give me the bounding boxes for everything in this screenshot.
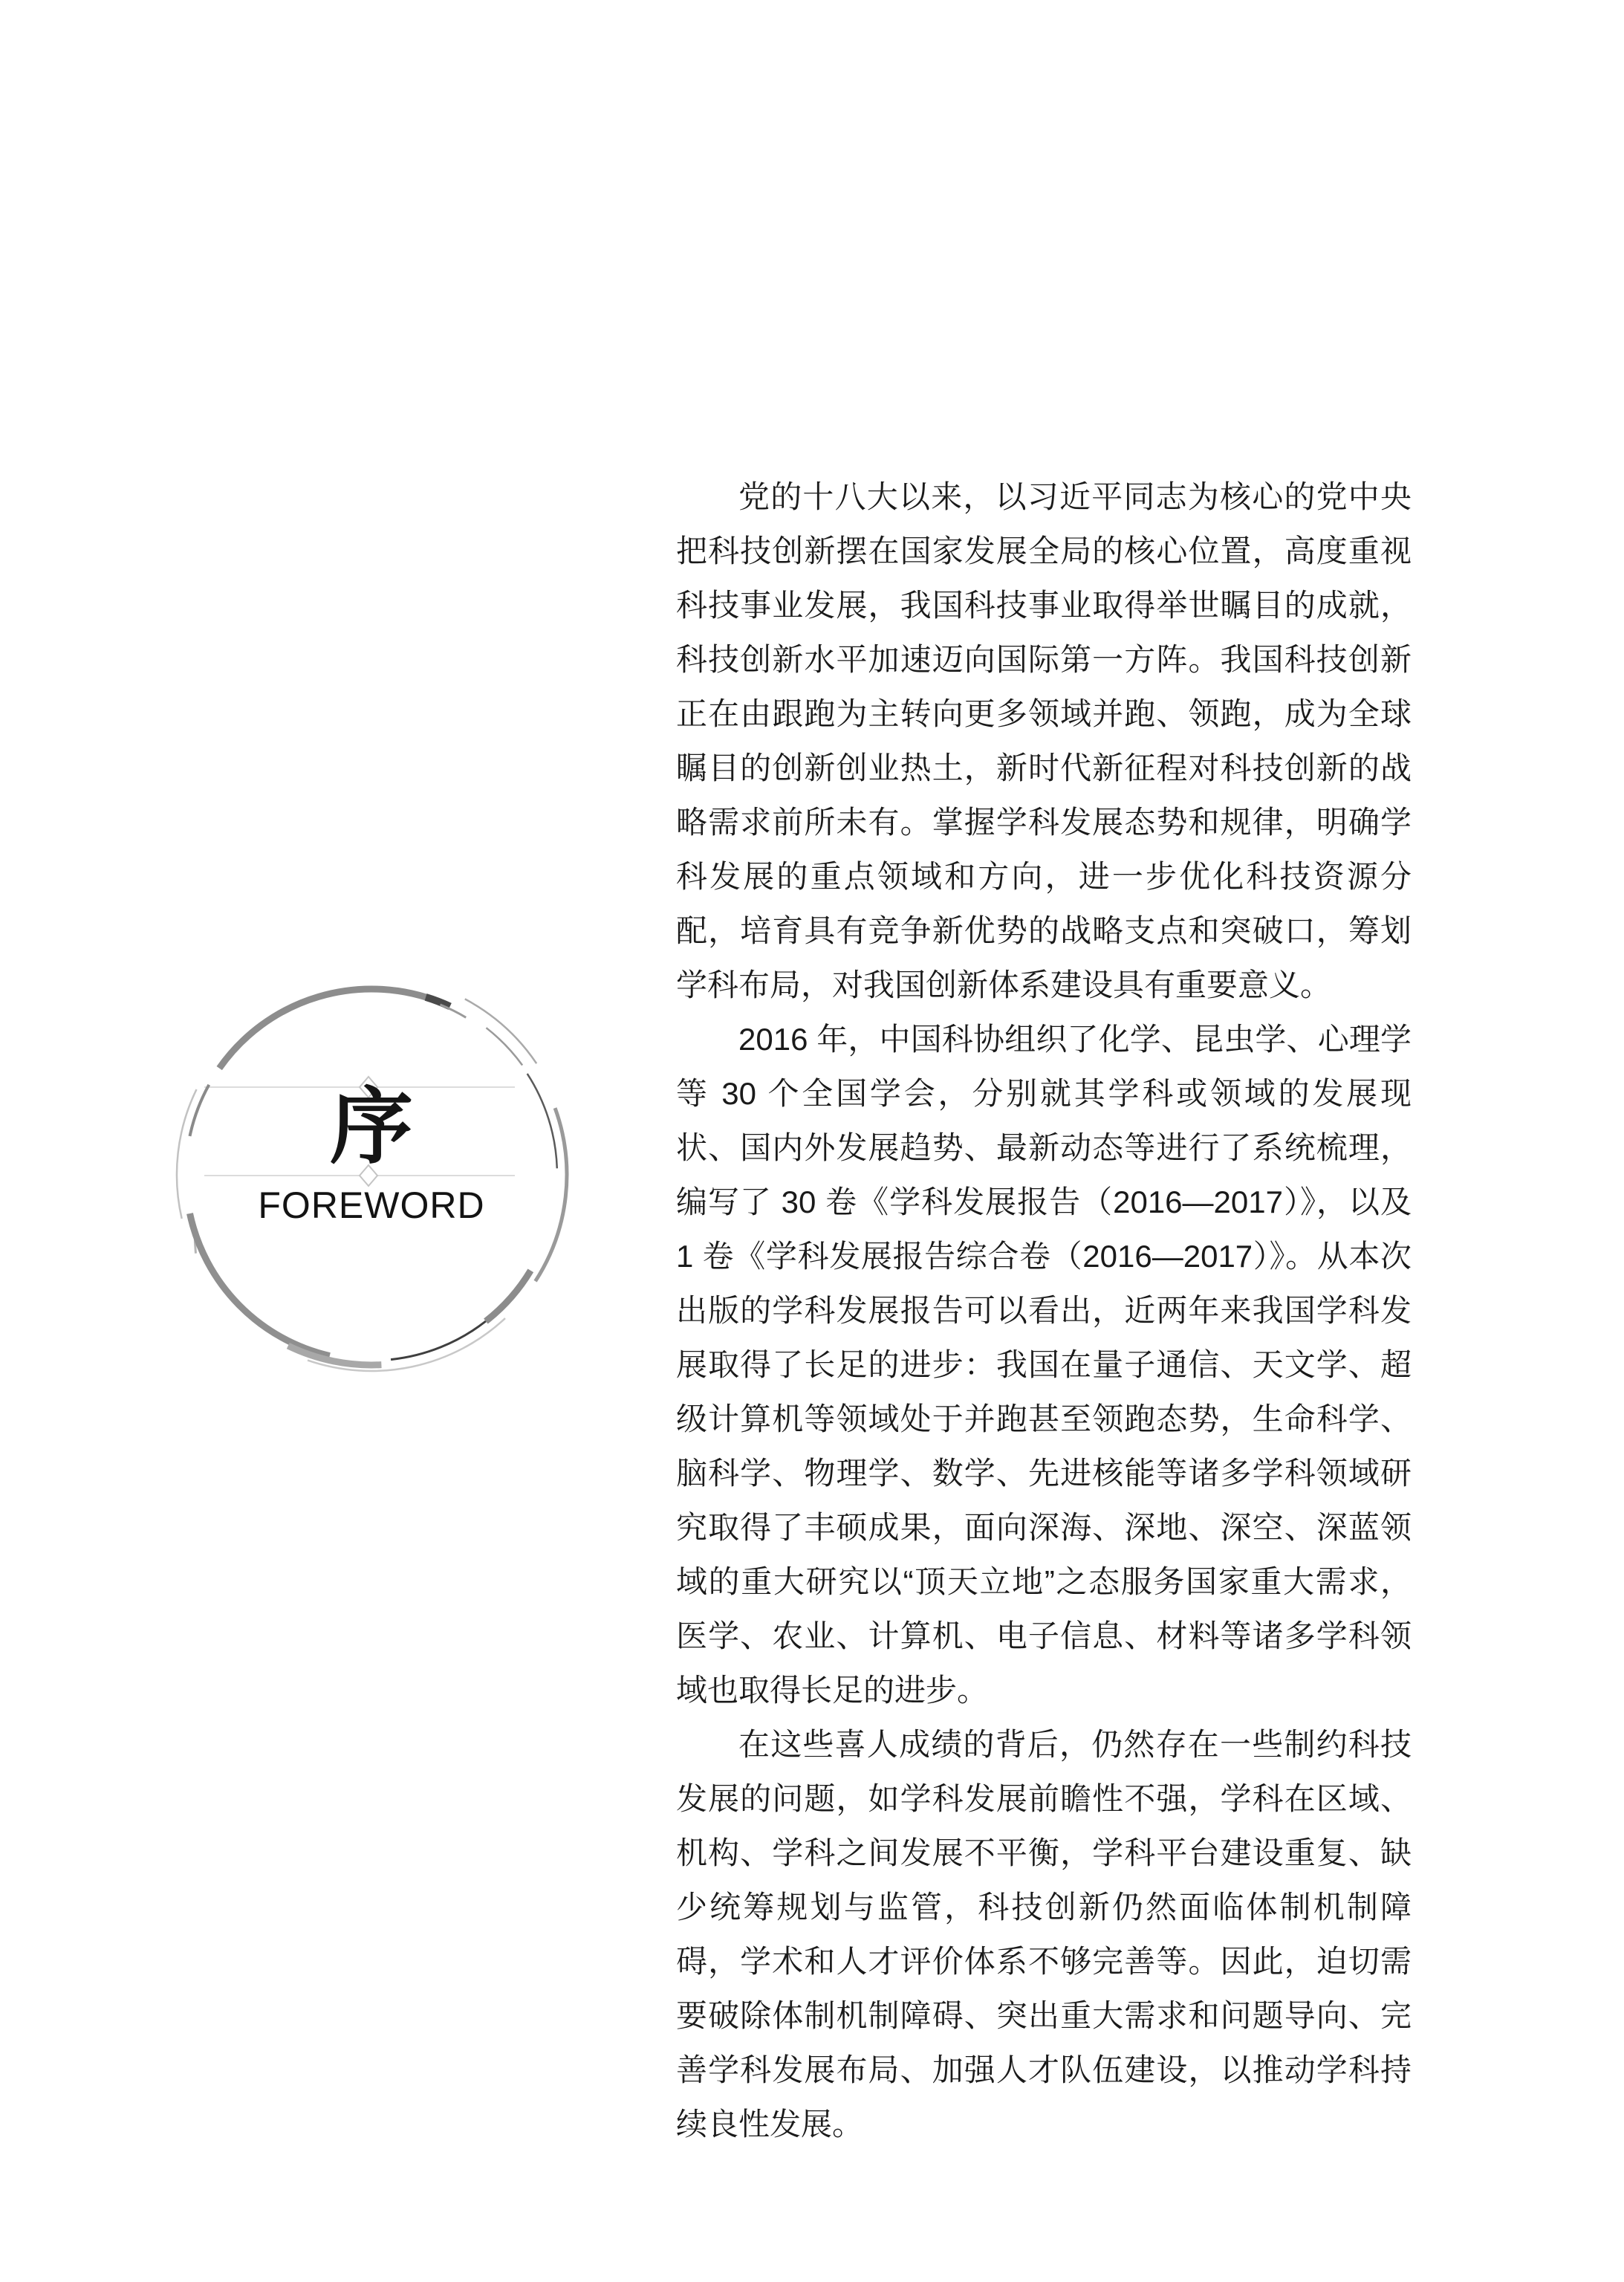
foreword-page: 序 FOREWORD 党的十八大以来，以习近平同志为核心的党中央把科技创新摆在国… <box>0 0 1624 2282</box>
foreword-title-english: FOREWORD <box>163 1186 579 1225</box>
foreword-paragraph-3: 在这些喜人成绩的背后，仍然存在一些制约科技发展的问题，如学科发展前瞻性不强，学科… <box>676 1717 1412 2151</box>
arc-bottom-left-thick <box>190 1213 330 1356</box>
arc-bottom-dark-thin <box>391 1321 486 1360</box>
arc-top-tail <box>441 1005 467 1017</box>
arc-bottom-right-thick <box>486 1271 530 1321</box>
arc-upper-right-inner <box>487 1028 523 1065</box>
foreword-title-chinese: 序 <box>163 1083 579 1172</box>
foreword-text-block: 党的十八大以来，以习近平同志为核心的党中央把科技创新摆在国家发展全局的核心位置，… <box>676 470 1412 2151</box>
foreword-paragraph-1: 党的十八大以来，以习近平同志为核心的党中央把科技创新摆在国家发展全局的核心位置，… <box>676 470 1412 1012</box>
foreword-paragraph-2: 2016 年，中国科协组织了化学、昆虫学、心理学等 30 个全国学会，分别就其学… <box>676 1012 1412 1717</box>
arc-top-dark-cap <box>426 997 450 1007</box>
arc-top-left-thick <box>219 989 441 1069</box>
arc-upper-right-outer <box>465 999 536 1063</box>
foreword-emblem: 序 FOREWORD <box>163 967 579 1383</box>
emblem-ring-icon <box>163 967 579 1383</box>
arc-bottom-offset-thick <box>288 1346 382 1365</box>
